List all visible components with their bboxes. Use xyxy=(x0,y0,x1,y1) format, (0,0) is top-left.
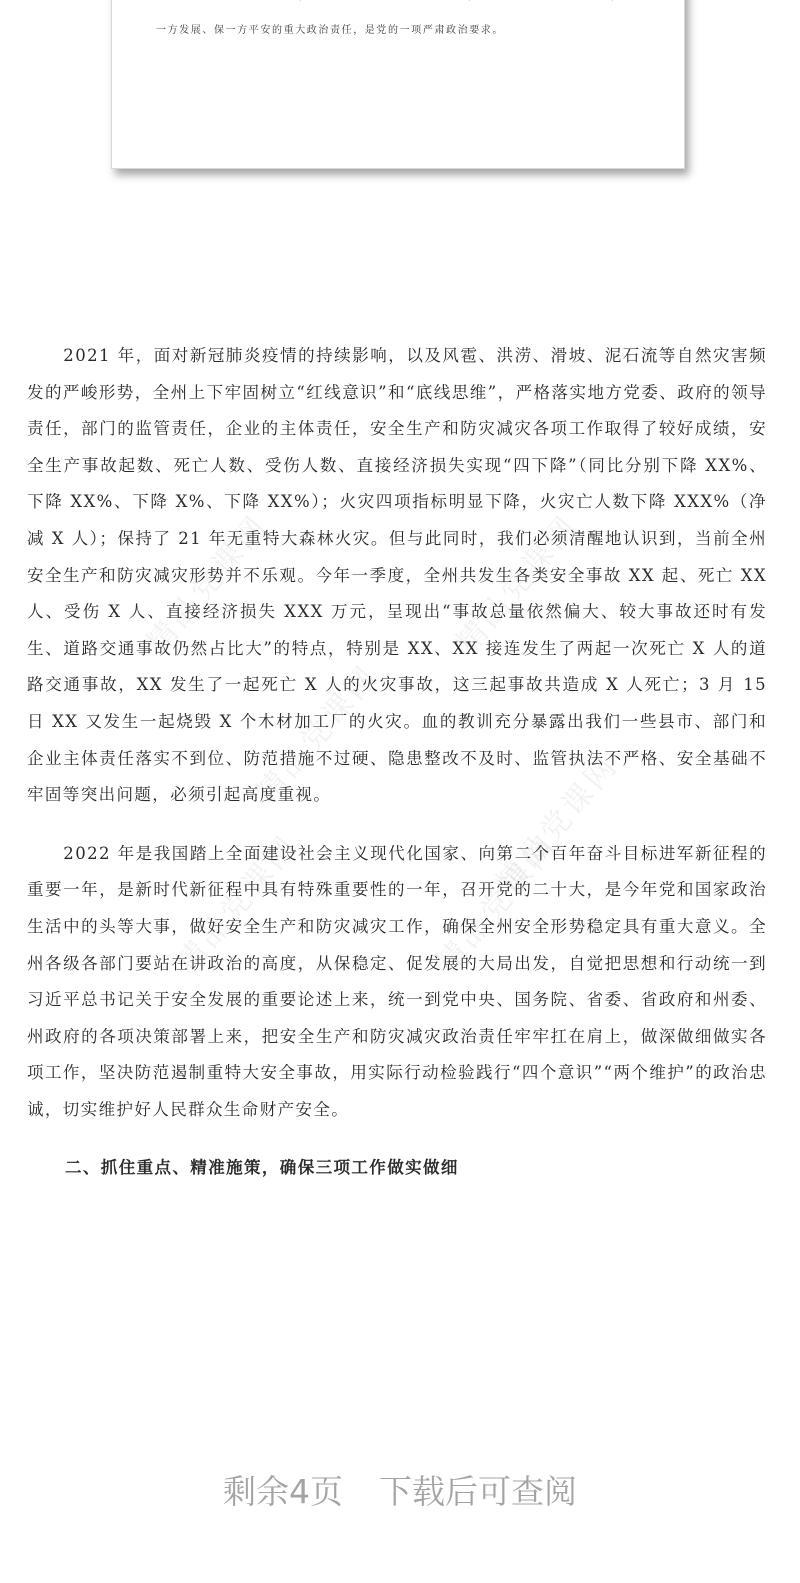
paragraph-2021-review: 2021 年，面对新冠肺炎疫情的持续影响，以及风雹、洪涝、滑坡、泥石流等自然灾害… xyxy=(27,338,767,814)
preview-card-partial-line: 安全生产和防灾减灾工作，关系人民群众生命财产安全，关系改革发展稳定大局，是各级党… xyxy=(156,0,636,1)
download-to-view-link[interactable]: 下载后可查阅 xyxy=(379,1472,577,1511)
section-heading: 二、抓住重点、精准施策，确保三项工作做实做细 xyxy=(27,1150,767,1186)
document-body: 2021 年，面对新冠肺炎疫情的持续影响，以及风雹、洪涝、滑坡、泥石流等自然灾害… xyxy=(27,338,767,1186)
paragraph-2022-importance: 2022 年是我国踏上全面建设社会主义现代化国家、向第二个百年奋斗目标进军新征程… xyxy=(27,836,767,1129)
remaining-pages-banner[interactable]: 剩余4页下载后可查阅 xyxy=(0,1466,800,1513)
page-preview-card: 安全生产和防灾减灾工作，关系人民群众生命财产安全，关系改革发展稳定大局，是各级党… xyxy=(111,0,685,169)
remaining-pages-count[interactable]: 剩余4页 xyxy=(223,1472,343,1511)
preview-card-last-line: 一方发展、保一方平安的重大政治责任，是党的一项严肃政治要求。 xyxy=(156,21,504,36)
